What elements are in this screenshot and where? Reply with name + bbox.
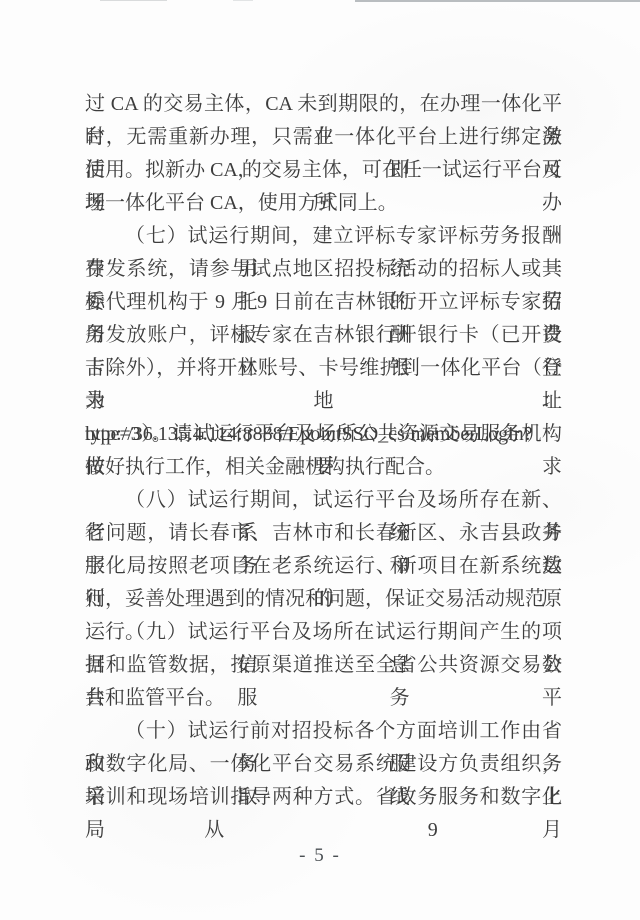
- document-body: 过 CA 的交易主体，CA 未到期限的，在办理一体化平台业务时，无需重新办理，只…: [85, 88, 562, 814]
- text-line: 使用。拟新办 CA 的交易主体，可在任一试运行平台及场所办: [85, 154, 562, 187]
- paragraph-item-7: （七）试运行期间，建立评标专家评标劳务报酬费用统一存发系统，请参与试点地区招投标…: [85, 220, 562, 484]
- text-line: （九）试运行平台及场所在试运行期间产生的项目信息数: [85, 616, 562, 649]
- text-line: （七）试运行期间，建立评标专家评标劳务报酬费用统一: [85, 220, 562, 253]
- text-line: 标代理机构于 9 月 9 日前在吉林银行开立评标专家劳务报酬费: [85, 286, 562, 319]
- text-line: 和数字化局、一体化平台交易系统建设方负责组织，采取线上: [85, 748, 562, 781]
- text-line: 则，妥善处理遇到的情况和问题，保证交易活动规范运行。: [85, 583, 562, 616]
- paragraph-item-8: （八）试运行期间，试运行平台及场所存在新、老系统并行问题，请长春市、吉林市和长春…: [85, 484, 562, 616]
- text-line: type=3）。请试运行平台及场所公共资源交易服务机构按要求: [85, 418, 562, 451]
- text-line: 用发放账户，评标专家在吉林银行开银行卡（已开设吉林银行: [85, 319, 562, 352]
- text-line: 培训和现场培训指导两种方式。省政务服务和数字化局从 9 月: [85, 781, 562, 814]
- text-line: 卡除外），并将开立账号、卡号维护到一体化平台（登录地址: [85, 352, 562, 385]
- text-line: 行问题，请长春市、吉林市和长春新区、永吉县政务服务和数: [85, 517, 562, 550]
- paragraph-item-10: （十）试运行前对招投标各个方面培训工作由省政务服务和数字化局、一体化平台交易系统…: [85, 715, 562, 814]
- text-line: 为： http://36.135.4.114:8888/EpointSSO_cs…: [85, 385, 562, 418]
- scan-edge-artifact: [355, 0, 640, 2]
- text-line: 据和监管数据，按原渠道推送至全省公共资源交易公共服务平: [85, 649, 562, 682]
- paragraph-item-9: （九）试运行平台及场所在试运行期间产生的项目信息数据和监管数据，按原渠道推送至全…: [85, 616, 562, 715]
- paragraph-ca-continuation: 过 CA 的交易主体，CA 未到期限的，在办理一体化平台业务时，无需重新办理，只…: [85, 88, 562, 220]
- page-number: - 5 -: [0, 845, 640, 867]
- text-line: 时，无需重新办理，只需在一体化平台上进行绑定激活，即可: [85, 121, 562, 154]
- scan-edge-artifact: [100, 0, 167, 1]
- text-line: 存发系统，请参与试点地区招投标活动的招标人或其委托的招: [85, 253, 562, 286]
- text-line: （八）试运行期间，试运行平台及场所存在新、老系统并: [85, 484, 562, 517]
- text-line: 过 CA 的交易主体，CA 未到期限的，在办理一体化平台业务: [85, 88, 562, 121]
- scanned-document-page: 过 CA 的交易主体，CA 未到期限的，在办理一体化平台业务时，无需重新办理，只…: [0, 0, 640, 920]
- text-line: （十）试运行前对招投标各个方面培训工作由省政务服务: [85, 715, 562, 748]
- text-line: 字化局按照老项目在老系统运行、新项目在新系统运行的原: [85, 550, 562, 583]
- scan-edge-artifact: [233, 0, 253, 1]
